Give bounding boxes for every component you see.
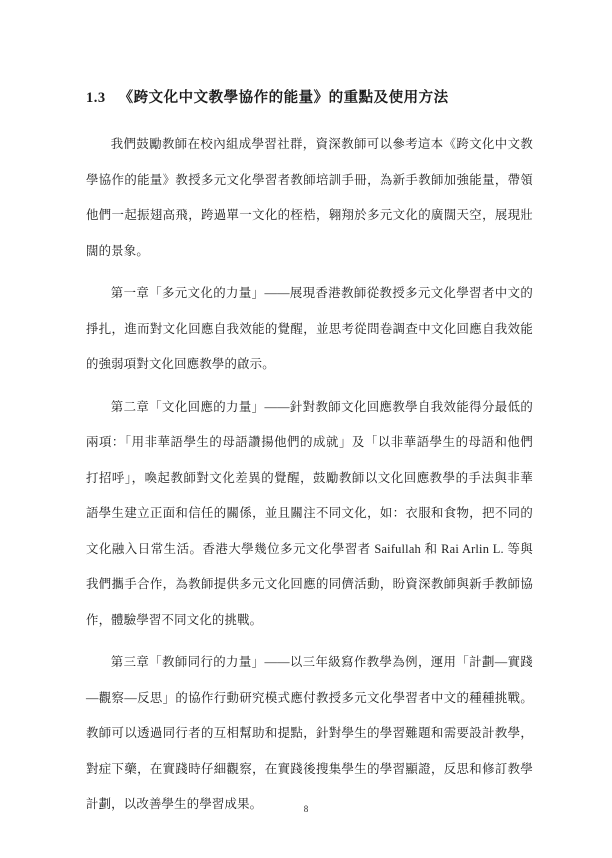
page-content: 1.3《跨文化中文教學協作的能量》的重點及使用方法 我們鼓勵教師在校內組成學習社… xyxy=(86,86,533,830)
section-title: 《跨文化中文教學協作的能量》的重點及使用方法 xyxy=(119,90,449,106)
section-number: 1.3 xyxy=(86,90,106,107)
section-heading: 1.3《跨文化中文教學協作的能量》的重點及使用方法 xyxy=(86,86,533,107)
paragraph-chapter-1: 第一章「多元文化的力量」——展現香港教師從教授多元文化學習者中文的掙扎，進而對文… xyxy=(86,276,533,383)
page-number: 8 xyxy=(0,804,612,814)
paragraph-chapter-3: 第三章「教師同行的力量」——以三年級寫作教學為例，運用「計劃—實踐—觀察—反思」… xyxy=(86,645,533,823)
document-page: 1.3《跨文化中文教學協作的能量》的重點及使用方法 我們鼓勵教師在校內組成學習社… xyxy=(0,0,612,858)
paragraph-chapter-2: 第二章「文化回應的力量」——針對教師文化回應教學自我效能得分最低的兩項：「用非華… xyxy=(86,390,533,639)
paragraph-intro: 我們鼓勵教師在校內組成學習社群，資深教師可以參考這本《跨文化中文教學協作的能量》… xyxy=(86,127,533,269)
